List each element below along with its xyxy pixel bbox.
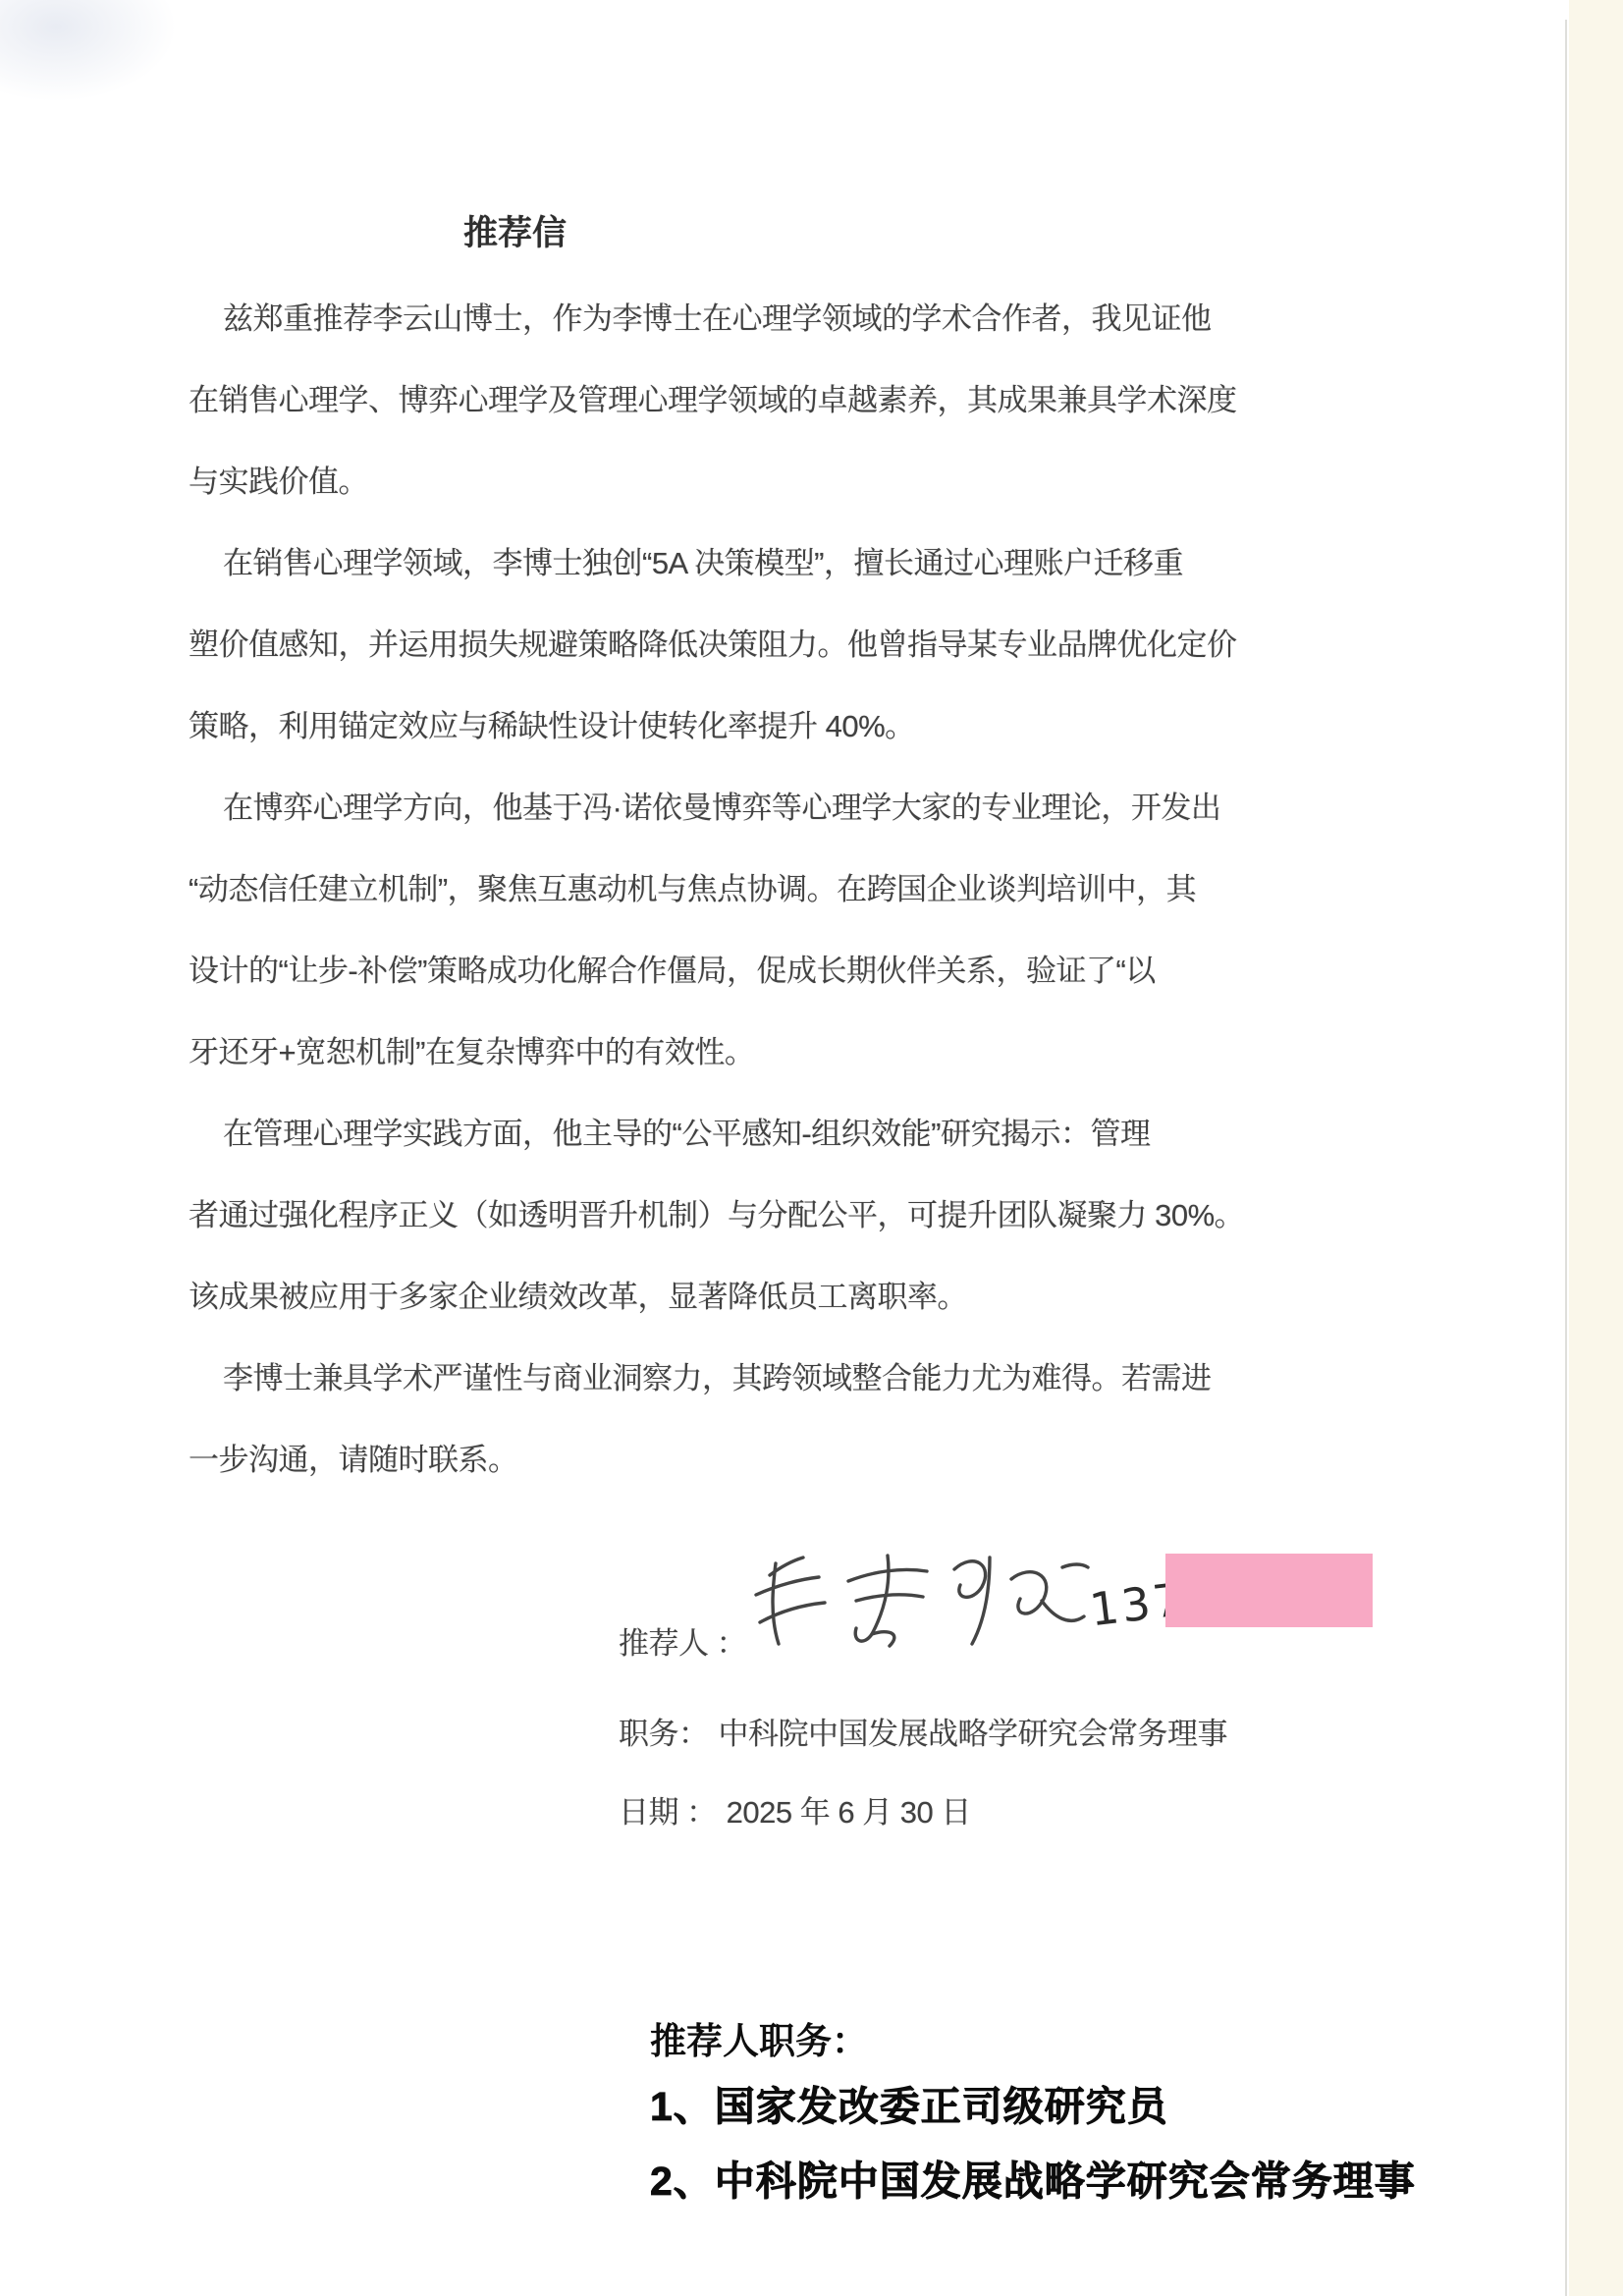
scanned-letter-page: 推荐信 兹郑重推荐李云山博士，作为李博士在心理学领域的学术合作者，我见证他 在销… xyxy=(0,0,1623,2296)
body-line: 一步沟通，请随时联系。 xyxy=(189,1419,1406,1501)
body-line: 在博弈心理学方向，他基于冯·诺依曼博弈等心理学大家的专业理论，开发出 xyxy=(189,767,1406,848)
body-line: 兹郑重推荐李云山博士，作为李博士在心理学领域的学术合作者，我见证他 xyxy=(189,278,1406,359)
body-line: 李博士兼具学术严谨性与商业洞察力，其跨领域整合能力尤为难得。若需进 xyxy=(189,1338,1406,1419)
date-value: 2025 年 6 月 30 日 xyxy=(727,1795,971,1830)
position-value: 中科院中国发展战略学研究会常务理事 xyxy=(719,1717,1228,1751)
signature-strokes xyxy=(756,1556,1088,1646)
body-line: 在管理心理学实践方面，他主导的“公平感知-组织效能”研究揭示：管理 xyxy=(189,1093,1406,1175)
scan-edge-band xyxy=(1569,0,1623,2296)
scan-smudge xyxy=(0,0,187,108)
body-line: 者通过强化程序正义（如透明晋升机制）与分配公平，可提升团队凝聚力 30%。 xyxy=(189,1175,1406,1256)
date-row: 日期 ：2025 年 6 月 30 日 xyxy=(619,1787,971,1831)
body-line: 策略，利用锚定效应与稀缺性设计使转化率提升 40%。 xyxy=(189,685,1406,767)
handwritten-signature: 137 xyxy=(746,1542,1170,1671)
body-line: 牙还牙+宽恕机制”在复杂博弈中的有效性。 xyxy=(189,1011,1406,1093)
handwritten-number: 137 xyxy=(1087,1572,1170,1636)
body-line: 在销售心理学、博弈心理学及管理心理学领域的卓越素养，其成果兼具学术深度 xyxy=(189,359,1406,441)
redaction-box xyxy=(1165,1554,1373,1627)
footer-item: 1、国家发改委正司级研究员 xyxy=(650,2074,1168,2132)
position-row: 职务：中科院中国发展战略学研究会常务理事 xyxy=(619,1709,1227,1753)
position-label: 职务： xyxy=(619,1717,709,1751)
footer-heading: 推荐人职务： xyxy=(650,2011,868,2064)
body-line: 塑价值感知，并运用损失规避策略降低决策阻力。他曾指导某专业品牌优化定价 xyxy=(189,604,1406,685)
scan-edge-line xyxy=(1565,20,1567,2296)
recommender-label: 推荐人 ： xyxy=(619,1618,746,1663)
footer-item: 2、中科院中国发展战略学研究会常务理事 xyxy=(650,2149,1416,2207)
letter-title: 推荐信 xyxy=(463,206,567,255)
letter-body: 兹郑重推荐李云山博士，作为李博士在心理学领域的学术合作者，我见证他 在销售心理学… xyxy=(189,278,1406,1501)
body-line: 与实践价值。 xyxy=(189,441,1406,522)
body-line: “动态信任建立机制”，聚焦互惠动机与焦点协调。在跨国企业谈判培训中，其 xyxy=(189,848,1406,930)
body-line: 该成果被应用于多家企业绩效改革，显著降低员工离职率。 xyxy=(189,1256,1406,1338)
body-line: 在销售心理学领域，李博士独创“5A 决策模型”，擅长通过心理账户迁移重 xyxy=(189,522,1406,604)
date-label: 日期 ： xyxy=(619,1795,717,1830)
body-line: 设计的“让步-补偿”策略成功化解合作僵局，促成长期伙伴关系，验证了“以 xyxy=(189,930,1406,1011)
